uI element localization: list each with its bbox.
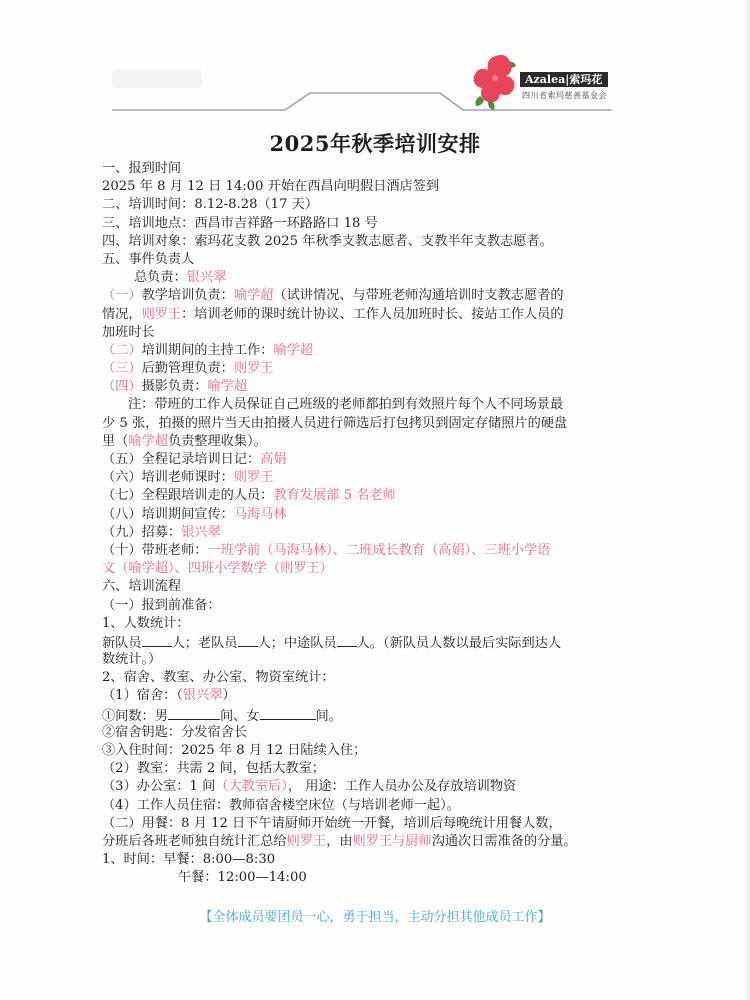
responsible-10-line1: （十）带班老师：一班学前（马海马林）、二班成长教育（高娟）、三班小学语 (102, 542, 647, 560)
r1-prefix: （一） (102, 288, 142, 303)
logo-org-name: 四川省索玛慈善基金会 (522, 90, 607, 101)
azalea-flower-icon (466, 52, 526, 110)
dorm-count-line: ①间数：男间、女间。 (102, 706, 647, 724)
dorm-line: （1）宿舍：（银兴翠） (102, 687, 647, 705)
old-member-count-blank[interactable] (238, 633, 258, 647)
r4-prefix: （四） (102, 379, 142, 394)
midway-member-count-blank[interactable] (337, 633, 357, 647)
dorm-name: 银兴翠 (183, 688, 223, 703)
dorm-label: （1）宿舍：（ (102, 688, 183, 703)
dorm-count-male-label: ①间数：男 (102, 709, 168, 724)
overall-label: 总负责： (134, 270, 187, 285)
r1-name: 喻学超 (234, 288, 274, 303)
responsible-5: （五）全程记录培训日记：高娟 (102, 451, 647, 469)
count-line: 新队员人；老队员人；中途队员人。（新队员人数以最后实际到达人 (102, 633, 647, 651)
dorm-keys: ②宿舍钥匙：分发宿舍长 (102, 724, 647, 742)
r9-label: （九）招募： (102, 525, 181, 540)
r6-name: 则罗王 (234, 470, 274, 485)
note-line1: 注：带班的工作人员保证自己班级的老师都拍到有效照片每个人不同场景最 (102, 396, 647, 414)
r4-name: 喻学超 (208, 379, 248, 394)
meal-name1: 则罗王 (287, 834, 327, 849)
document-body: 一、报到时间 2025 年 8 月 12 日 14:00 开始在西昌向明假日酒店… (102, 160, 647, 888)
count-cont: 数统计。） (102, 651, 647, 669)
count-new-label: 新队员 (102, 636, 142, 651)
section-2-label: 二、培训时间： (102, 197, 194, 212)
section-3-value: 西昌市吉祥路一环路路口 18 号 (194, 216, 377, 231)
r1-desc2b: ：培训老师的课时统计协议、工作人员加班时长、接站工作人员的 (181, 307, 563, 322)
responsible-1-line2: 情况，则罗王：培训老师的课时统计协议、工作人员加班时长、接站工作人员的 (102, 306, 647, 324)
r9-name: 银兴翠 (181, 525, 221, 540)
time-label: 1、时间： (102, 852, 163, 867)
section-2: 二、培训时间：8.12-8.28（17 天） (102, 196, 647, 214)
meal-line1: （二）用餐：8 月 12 日下午请厨师开始统一开餐，培训后每晚统计用餐人数， (102, 815, 647, 833)
section-5-heading: 五、事件负责人 (102, 251, 647, 269)
r8-name: 马海马林 (234, 507, 287, 522)
classroom-line: （2）教室：共需 2 间，包括大教室； (102, 760, 647, 778)
dorm-close: ） (222, 688, 235, 703)
section-1-text: 2025 年 8 月 12 日 14:00 开始在西昌向明假日酒店签到 (102, 178, 647, 196)
staff-dorm-line: （4）工作人员住宿：教师宿舍楼空床位（与培训老师一起）。 (102, 797, 647, 815)
meal2a: 分班后各班老师独自统计汇总给 (102, 834, 287, 849)
responsible-6: （六）培训老师课时：则罗王 (102, 469, 647, 487)
r7-name: 教育发展部 5 名老师 (273, 488, 395, 503)
breakfast-time: 早餐：8:00—8:30 (163, 852, 275, 867)
logo-brand-bar: Azalea|索玛花 (520, 72, 608, 87)
r3-name: 则罗王 (234, 361, 274, 376)
meal-line2: 分班后各班老师独自统计汇总给则罗王，由则罗王与厨师沟通次日需准备的分量。 (102, 833, 647, 851)
r8-label: （八）培训期间宣传： (102, 507, 234, 522)
new-member-count-blank[interactable] (142, 633, 172, 647)
note3b: 负责整理收集）。 (168, 434, 267, 449)
note3-name: 喻学超 (128, 434, 168, 449)
count-unit3: 人。（新队员人数以最后实际到达人 (357, 636, 561, 651)
note-line3: 里（喻学超负责整理收集）。 (102, 433, 647, 451)
section-4: 四、培训对象：索玛花支教 2025 年秋季支教志愿者、支教半年支教志愿者。 (102, 233, 647, 251)
responsible-4: （四）摄影负责：喻学超 (102, 378, 647, 396)
r1-name2: 则罗王 (142, 307, 182, 322)
overall-responsible: 总负责：银兴翠 (102, 269, 647, 287)
section-4-value: 索玛花支教 2025 年秋季支教志愿者、支教半年支教志愿者。 (194, 234, 552, 249)
responsible-2: （二）培训期间的主持工作：喻学超 (102, 342, 647, 360)
r1-desc2a: 情况， (102, 307, 142, 322)
meal2c: 沟通次日需准备的分量。 (432, 834, 577, 849)
r5-name: 高娟 (260, 452, 286, 467)
dorm-checkin: ③入住时间：2025 年 8 月 12 日陆续入住； (102, 742, 647, 760)
meal-time-breakfast: 1、时间：早餐：8:00—8:30 (102, 851, 647, 869)
section-3-label: 三、培训地点： (102, 216, 194, 231)
note-line2: 少 5 张，拍摄的照片当天由拍摄人员进行筛选后打包拷贝到固定存储照片的硬盘 (102, 415, 647, 433)
r3-label: 后勤管理负责： (142, 361, 234, 376)
female-rooms-blank[interactable] (260, 706, 316, 720)
responsible-7: （七）全程跟培训走的人员：教育发展部 5 名老师 (102, 487, 647, 505)
r2-label: 培训期间的主持工作： (142, 343, 274, 358)
r1-label: 教学培训负责： (142, 288, 234, 303)
r4-label: 摄影负责： (142, 379, 208, 394)
responsible-1-line3: 加班时长 (102, 324, 647, 342)
r6-label: （六）培训老师课时： (102, 470, 234, 485)
r10-label: （十）带班老师： (102, 543, 208, 558)
document-title: 2025年秋季培训安排 (0, 128, 750, 158)
count-unit1: 人；老队员 (172, 636, 238, 651)
motto-banner: 【全体成员要团员一心，勇于担当，主动分担其他成员工作】 (0, 906, 750, 925)
logo-brand-cn: 索玛花 (569, 73, 602, 86)
responsible-3: （三）后勤管理负责：则罗王 (102, 360, 647, 378)
responsible-10-line2: 文（喻学超）、四班小学数学（则罗王） (102, 560, 647, 578)
section-2-value: 8.12-8.28（17 天） (194, 197, 318, 212)
office-b: ， 用途：工作人员办公及存放培训物资 (288, 779, 516, 794)
dorm-count-end: 间。 (316, 709, 342, 724)
office-line: （3）办公室：1 间（大教室后）， 用途：工作人员办公及存放培训物资 (102, 778, 647, 796)
r2-prefix: （二） (102, 343, 142, 358)
male-rooms-blank[interactable] (168, 706, 220, 720)
r5-label: （五）全程记录培训日记： (102, 452, 260, 467)
count-unit2: 人；中途队员 (258, 636, 337, 651)
section-3: 三、培训地点：西昌市吉祥路一环路路口 18 号 (102, 215, 647, 233)
office-a: （3）办公室：1 间 (102, 779, 215, 794)
rooms-heading: 2、宿舍、教室、办公室、物资室统计： (102, 669, 647, 687)
section-6-heading: 六、培训流程 (102, 578, 647, 596)
office-location: （大教室后） (215, 779, 288, 794)
meal-time-lunch: 午餐：12:00—14:00 (102, 869, 647, 887)
r7-label: （七）全程跟培训走的人员： (102, 488, 273, 503)
section-1-heading: 一、报到时间 (102, 160, 647, 178)
responsible-1-line1: （一）教学培训负责：喻学超（试讲情况、与带班老师沟通培训时支教志愿者的 (102, 287, 647, 305)
r10-value1: 一班学前（马海马林）、二班成长教育（高娟）、三班小学语 (208, 543, 551, 558)
logo-brand-en: Azalea (525, 73, 565, 86)
meal-name2: 则罗王与厨师 (353, 834, 432, 849)
responsible-9: （九）招募：银兴翠 (102, 524, 647, 542)
overall-name: 银兴翠 (187, 270, 227, 285)
flow-prep-heading: （一）报到前准备： (102, 597, 647, 615)
azalea-logo: Azalea|索玛花 四川省索玛慈善基金会 (466, 52, 646, 110)
note3a: 里（ (102, 434, 128, 449)
count-heading: 1、人数统计： (102, 615, 647, 633)
meal2b: ，由 (326, 834, 352, 849)
r2-name: 喻学超 (273, 343, 313, 358)
section-4-label: 四、培训对象： (102, 234, 194, 249)
r1-desc1: （试讲情况、与带班老师沟通培训时支教志愿者的 (273, 288, 563, 303)
r3-prefix: （三） (102, 361, 142, 376)
responsible-8: （八）培训期间宣传：马海马林 (102, 506, 647, 524)
dorm-count-female-label: 间、女 (220, 709, 260, 724)
